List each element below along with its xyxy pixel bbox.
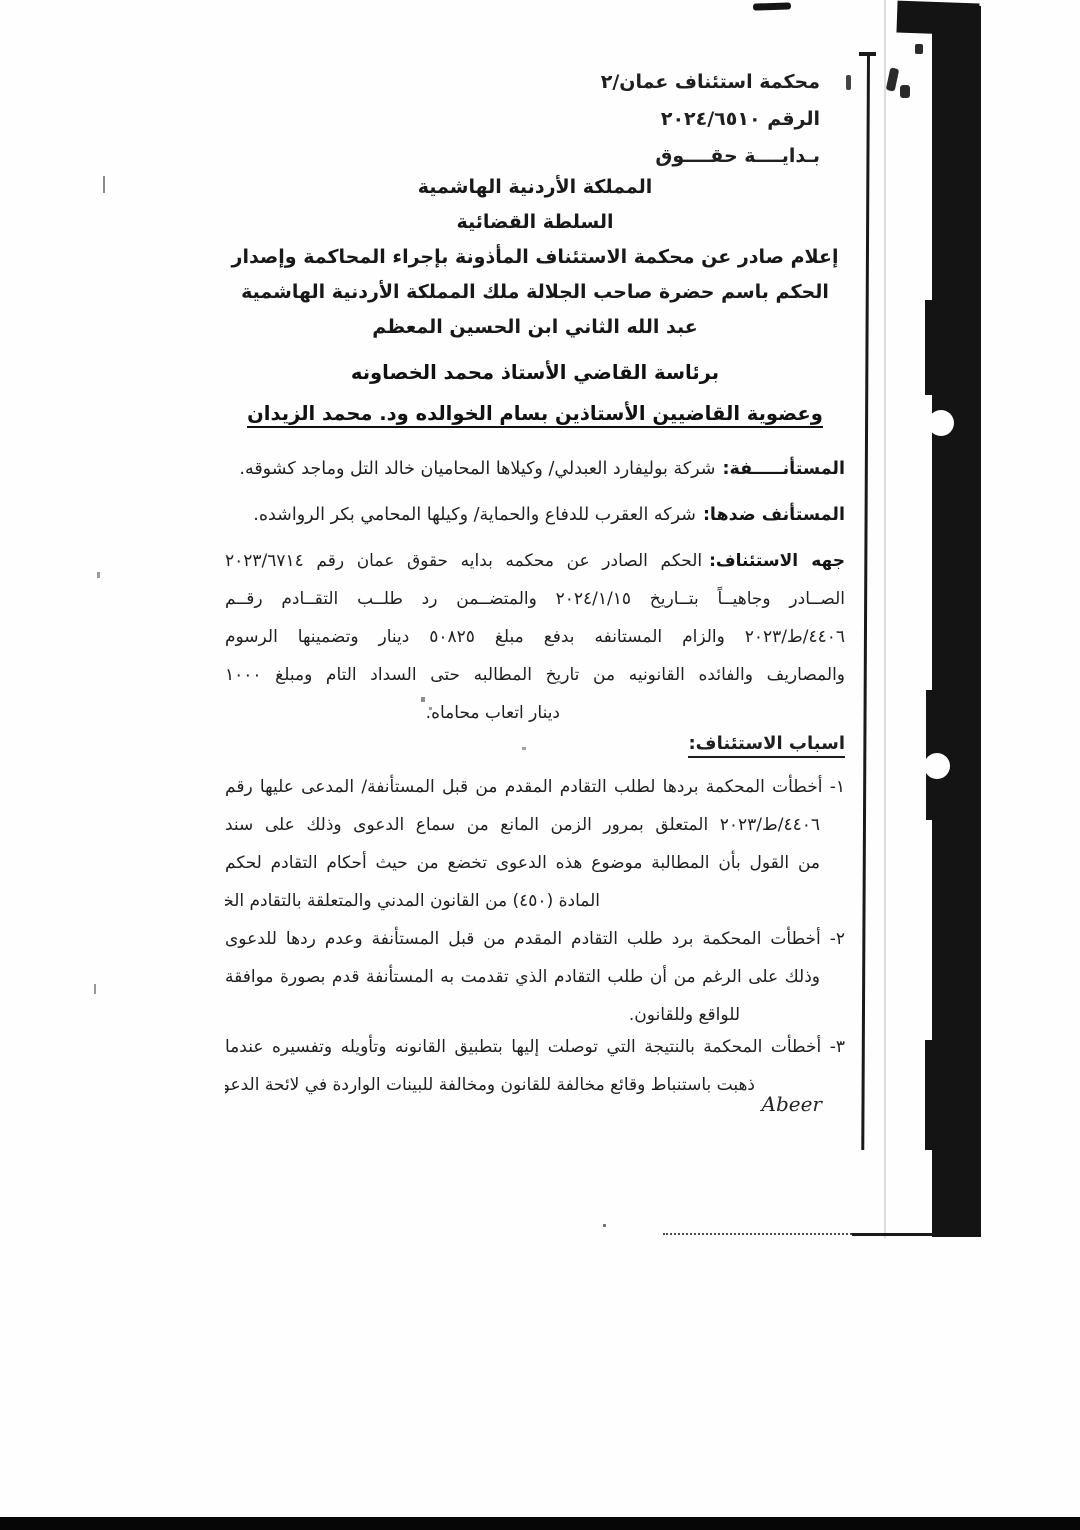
ink-speck-8: [421, 697, 425, 702]
panel-members-line: وعضوية القاضيين الأستاذين بسام الخوالده …: [225, 393, 845, 434]
appellee-label: المستأنف ضدها:: [703, 505, 845, 525]
appeal-subject-line-2: الصــادر وجاهيــاً بتــاريخ ٢٠٢٤/١/١٥ وا…: [225, 580, 845, 618]
reason-1-line-3: من القول بأن المطالبة موضوع هذه الدعوى ت…: [225, 844, 820, 882]
ink-speck-1: [886, 67, 900, 91]
appeal-subject-line-5: دينار اتعاب محاماه.: [225, 694, 560, 732]
appellant-text: شركة بوليفارد العبدلي/ وكيلاها المحاميان…: [239, 459, 715, 479]
reason-3-line-2: ذهبت باستنباط وقائع مخالفة للقانون ومخال…: [225, 1066, 755, 1104]
appeal-subject-block: جهه الاستئناف:الحكم الصادر عن محكمه بداي…: [225, 542, 845, 732]
appellant-label: المستأنـــــفة:: [722, 459, 845, 479]
ink-speck-5: [103, 176, 105, 193]
appeal-subject-line-1-text: الحكم الصادر عن محكمه بدايه حقوق عمان رق…: [225, 551, 702, 571]
scan-bottom-black-bar: [0, 1517, 1080, 1530]
ink-speck-7: [94, 984, 96, 994]
ink-speck-11: [603, 1224, 606, 1227]
case-number-line: الرقم ٢٠٢٤/٦٥١٠: [400, 101, 820, 138]
ink-speck-4: [915, 44, 923, 54]
parties-block: المستأنـــــفة:شركة بوليفارد العبدلي/ وك…: [225, 446, 845, 538]
scan-top-dash-mark: [753, 2, 791, 10]
judges-panel-block: برئاسة القاضي الأستاذ محمد الخصاونه وعضو…: [225, 352, 845, 434]
scanned-court-document-page: محكمة استئناف عمان/٢ الرقم ٢٠٢٤/٦٥١٠ بـد…: [0, 0, 1080, 1530]
reason-1-line-4: المادة (٤٥٠) من القانون المدني والمتعلقة…: [225, 882, 600, 920]
court-header-block: محكمة استئناف عمان/٢ الرقم ٢٠٢٤/٦٥١٠ بـد…: [400, 64, 820, 175]
scan-page-edge-line: [861, 54, 870, 1150]
scan-page-edge-tick: [859, 52, 876, 56]
court-name-line: محكمة استئناف عمان/٢: [400, 64, 820, 101]
appellee-text: شركه العقرب للدفاع والحماية/ وكيلها المح…: [253, 505, 696, 525]
judicial-authority-title: السلطة القضائية: [225, 205, 845, 240]
scan-band-ragged-edge-1: [925, 300, 933, 395]
appellee-line: المستأنف ضدها:شركه العقرب للدفاع والحماي…: [225, 492, 845, 538]
panel-president-line: برئاسة القاضي الأستاذ محمد الخصاونه: [225, 352, 845, 393]
punch-hole-bottom: [924, 753, 950, 779]
kingdom-title: المملكة الأردنية الهاشمية: [225, 170, 845, 205]
reasons-heading-block: اسباب الاستئناف:: [225, 733, 845, 754]
scan-binder-band-top-blob: [896, 1, 979, 36]
king-name-line: عبد الله الثاني ابن الحسين المعظم: [225, 310, 845, 345]
reason-1-line-2: ٤٤٠٦/ط/٢٠٢٣ المتعلق بمرور الزمن المانع م…: [225, 806, 820, 844]
reason-2-line-1: ٢- أخطأت المحكمة برد طلب التقادم المقدم …: [225, 920, 845, 958]
authority-heading-block: المملكة الأردنية الهاشمية السلطة القضائي…: [225, 170, 845, 345]
appeal-subject-line-3: ٤٤٠٦/ط/٢٠٢٣ والزام المستانفه بدفع مبلغ ٥…: [225, 618, 845, 656]
ink-speck-3: [846, 75, 851, 90]
ink-speck-9: [429, 707, 432, 710]
clerk-signature: Abeer: [762, 1092, 822, 1116]
panel-members-underlined: وعضوية القاضيين الأستاذين بسام الخوالده …: [247, 402, 823, 428]
ink-speck-2: [900, 85, 910, 98]
ink-speck-10: [522, 747, 526, 750]
appeal-subject-line-1: جهه الاستئناف:الحكم الصادر عن محكمه بداي…: [225, 542, 845, 580]
scan-binder-band: [932, 6, 981, 1237]
scan-band-ragged-edge-3: [925, 1040, 933, 1150]
appeal-subject-line-4: والمصاريف والفائده القانونيه من تاريخ ال…: [225, 656, 845, 694]
reason-item-3: ٣- أخطأت المحكمة بالنتيجة التي توصلت إلي…: [225, 1028, 845, 1104]
scan-page-bottom-edge-dotted: [663, 1233, 859, 1235]
appellant-line: المستأنـــــفة:شركة بوليفارد العبدلي/ وك…: [225, 446, 845, 492]
appeal-subject-label: جهه الاستئناف:: [709, 551, 845, 571]
punch-hole-top: [928, 410, 954, 436]
reason-2-line-2: وذلك على الرغم من أن طلب التقادم الذي تق…: [225, 958, 820, 996]
scan-page-edge-shadow: [884, 0, 886, 1238]
reason-item-2: ٢- أخطأت المحكمة برد طلب التقادم المقدم …: [225, 920, 845, 1034]
ink-speck-6: [97, 572, 100, 578]
reason-1-line-1: ١- أخطأت المحكمة بردها لطلب التقادم المق…: [225, 768, 845, 806]
reason-item-1: ١- أخطأت المحكمة بردها لطلب التقادم المق…: [225, 768, 845, 920]
scan-page-bottom-edge-solid: [852, 1233, 934, 1236]
reasons-heading: اسباب الاستئناف:: [688, 733, 845, 758]
proclamation-line-1: إعلام صادر عن محكمة الاستئناف المأذونة ب…: [225, 240, 845, 275]
proclamation-line-2: الحكم باسم حضرة صاحب الجلالة ملك المملكة…: [225, 275, 845, 310]
reason-3-line-1: ٣- أخطأت المحكمة بالنتيجة التي توصلت إلي…: [225, 1028, 845, 1066]
